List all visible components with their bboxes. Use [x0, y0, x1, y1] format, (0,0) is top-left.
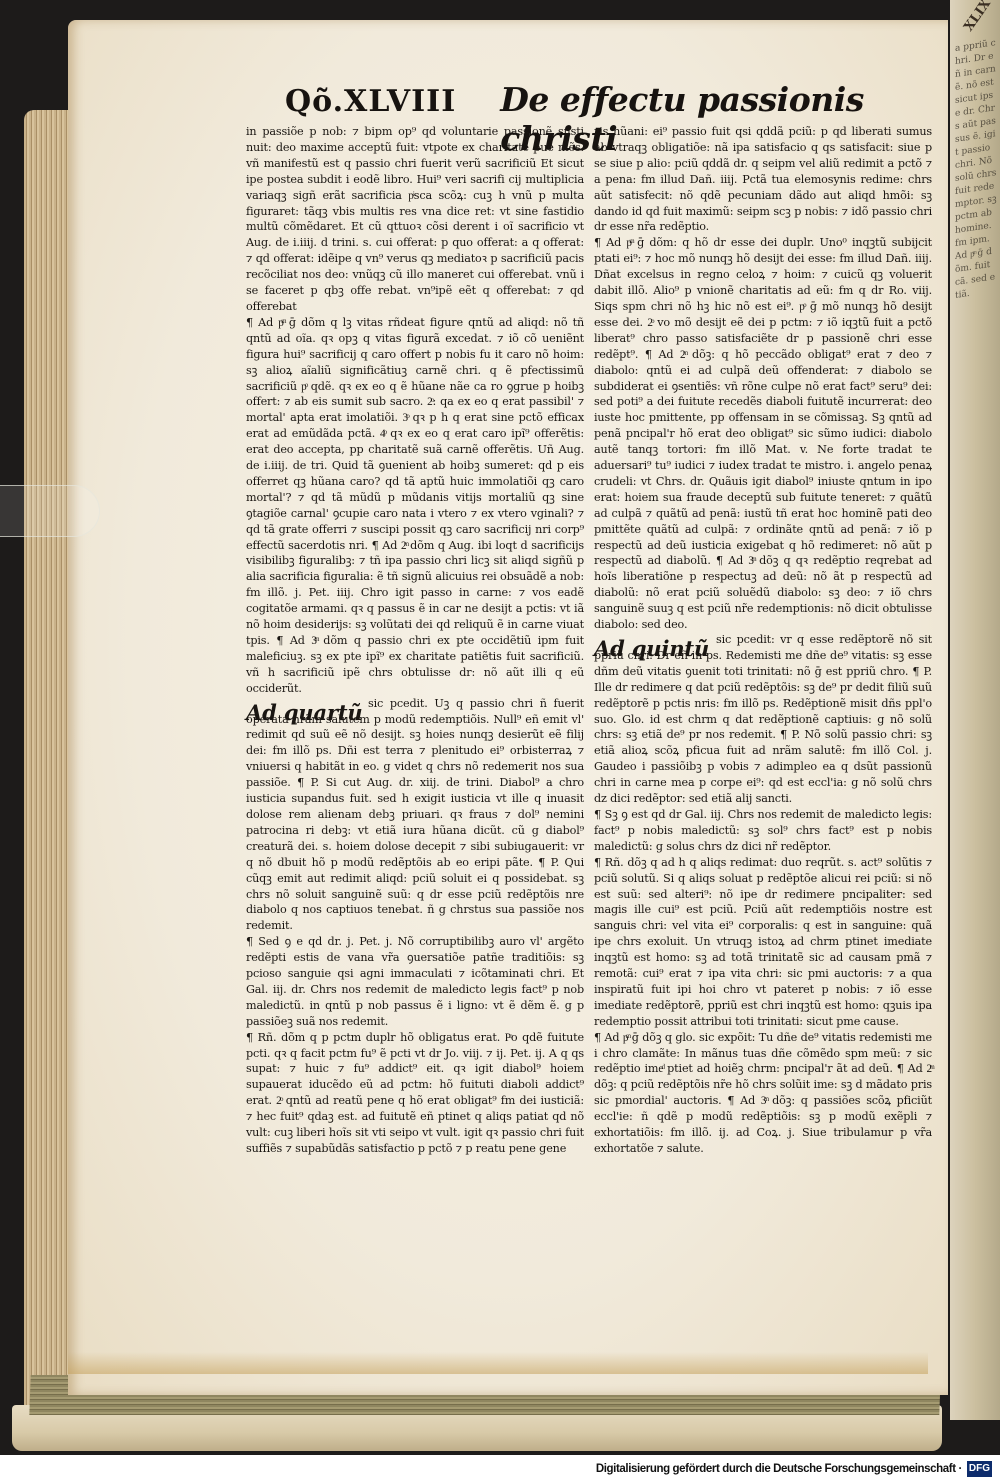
digitization-footer: Digitalisierung gefördert durch die Deut… [0, 1455, 1000, 1483]
paragraph: ¶ Rñ. dõꝫ q ad h q aliqs redimat: duo re… [594, 855, 932, 1030]
paragraph: ¶ Sꝫ ꝯ est qd dr Gal. iij. Chrs nos rede… [594, 807, 932, 855]
paragraph: ris hũani: ei⁹ passio fuit qsi qddã pciũ… [594, 124, 932, 235]
paragraph: in passiõe p nob: ⁊ bipm op⁹ qd voluntar… [246, 124, 584, 315]
paragraph: ¶ Rñ. dõm q p pctm duplr hõ obligatus er… [246, 1030, 584, 1157]
dfg-logo: DFG [967, 1461, 992, 1477]
facing-page-text: a ppriũ chri. Dr eñ in carnẽ. nõ est sic… [955, 37, 997, 1343]
page-stack-left-edge [24, 110, 74, 1440]
paragraph: ¶ Ad pͫ ḡ dõm: q hõ dr esse dei duplr. U… [594, 235, 932, 633]
page-holder-strip [0, 485, 100, 537]
funding-credit: Digitalisierung gefördert durch die Deut… [596, 1463, 962, 1475]
paragraph: ¶ Sed ꝯ e qd dr. j. Pet. j. Nõ corruptib… [246, 934, 584, 1029]
page-foxing-stain [68, 1352, 928, 1374]
section-text: sic pcedit. Uꝫ q passio chri ñ fuerit op… [246, 696, 584, 935]
book-scan: XLIX a ppriũ chri. Dr eñ in carnẽ. nõ es… [0, 0, 1000, 1455]
running-head: Qõ.XLVIII De effectu passionis christi [285, 80, 885, 120]
question-number: Qõ.XLVIII [285, 84, 456, 119]
section-text: sic pcedit: vr q esse redẽptorẽ nõ sit p… [594, 632, 932, 807]
right-text-column: ris hũani: ei⁹ passio fuit qsi qddã pciũ… [594, 124, 932, 1157]
paragraph: ¶ Ad pͫ ḡ dõm q lꝫ vitas rñdeat figure q… [246, 315, 584, 697]
paragraph: ¶ Ad pͫ ḡ dõꝫ q glo. sic expõit: Tu dñe … [594, 1030, 932, 1157]
left-text-column: in passiõe p nob: ⁊ bipm op⁹ qd voluntar… [246, 124, 584, 1157]
